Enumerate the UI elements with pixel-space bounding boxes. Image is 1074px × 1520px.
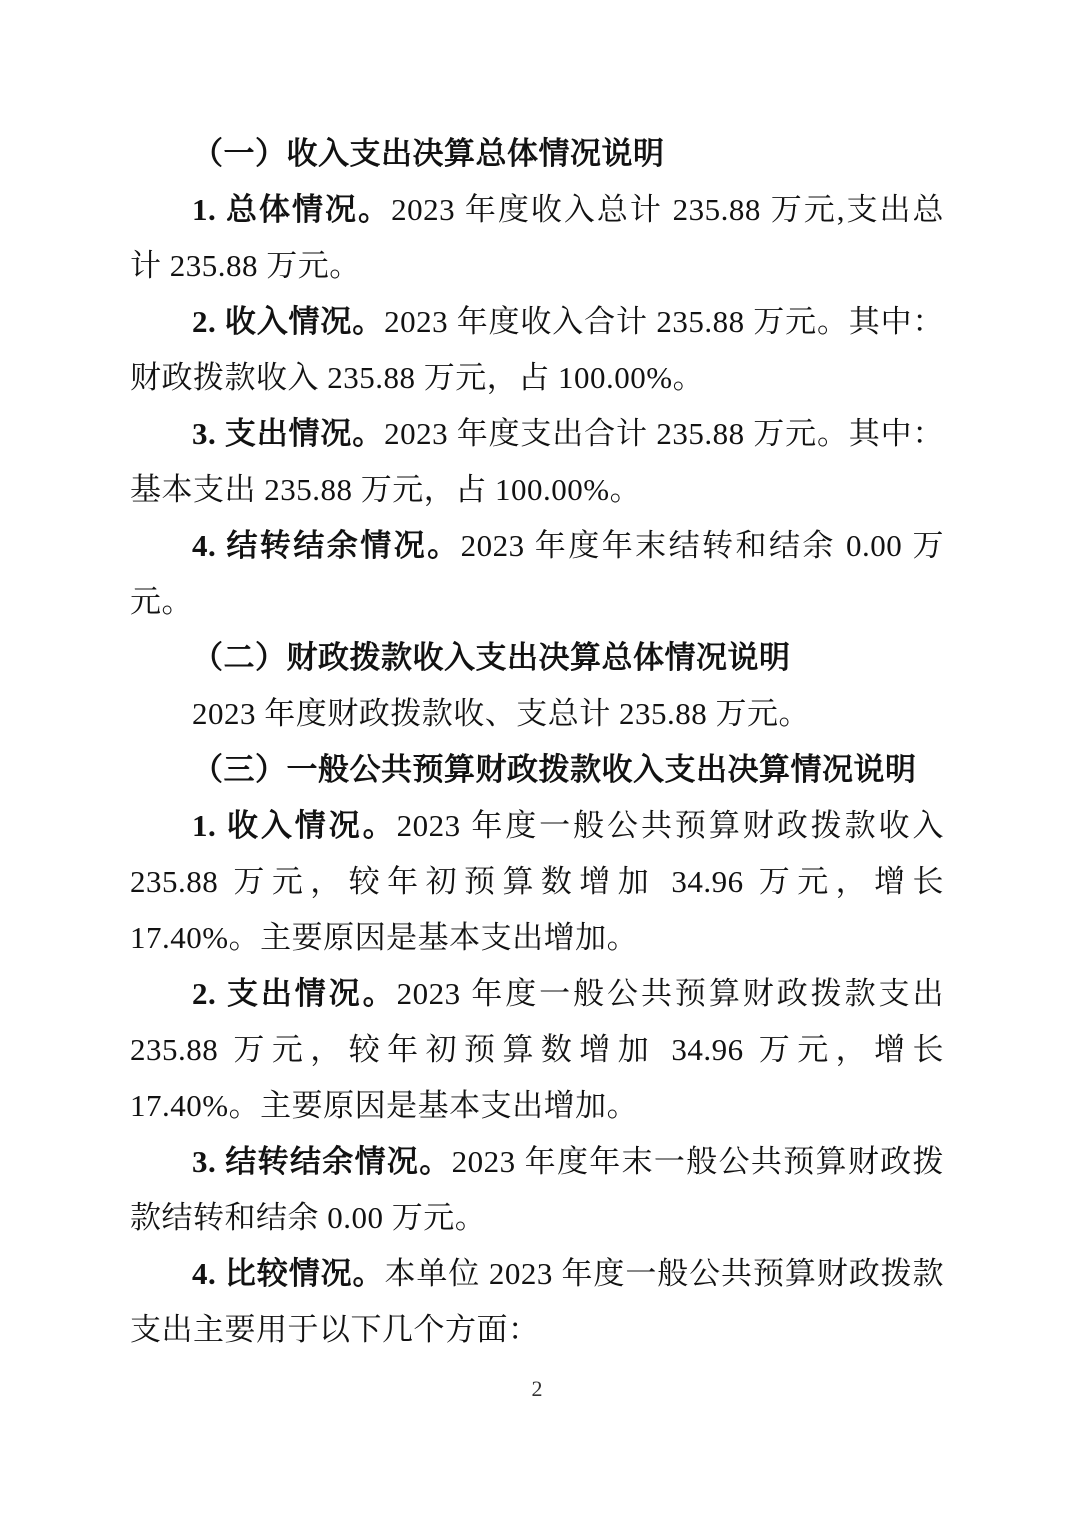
para-comparison-label: 4. 比较情况。 bbox=[192, 1256, 384, 1291]
document-body: （一）收入支出决算总体情况说明 1. 总体情况。2023 年度收入总计 235.… bbox=[130, 126, 944, 1358]
para-expenditure-overview-label: 3. 支出情况。 bbox=[192, 416, 384, 451]
para-carryover-overview: 4. 结转结余情况。2023 年度年末结转和结余 0.00 万元。 bbox=[130, 518, 944, 630]
para-income-overview: 2. 收入情况。2023 年度收入合计 235.88 万元。其中：财政拨款收入 … bbox=[130, 294, 944, 406]
para-carryover-overview-label: 4. 结转结余情况。 bbox=[192, 528, 461, 563]
document-page: （一）收入支出决算总体情况说明 1. 总体情况。2023 年度收入总计 235.… bbox=[0, 0, 1074, 1520]
para-income-overview-label: 2. 收入情况。 bbox=[192, 304, 384, 339]
para-budget-expenditure: 2. 支出情况。2023 年度一般公共预算财政拨款支出 235.88 万元，较年… bbox=[130, 966, 944, 1134]
section-heading-3: （三）一般公共预算财政拨款收入支出决算情况说明 bbox=[130, 742, 944, 798]
para-budget-expenditure-label: 2. 支出情况。 bbox=[192, 976, 397, 1011]
section-heading-1: （一）收入支出决算总体情况说明 bbox=[130, 126, 944, 182]
para-fiscal-appropriation-total-text: 2023 年度财政拨款收、支总计 235.88 万元。 bbox=[192, 696, 810, 731]
para-fiscal-appropriation-total: 2023 年度财政拨款收、支总计 235.88 万元。 bbox=[130, 686, 944, 742]
para-expenditure-overview: 3. 支出情况。2023 年度支出合计 235.88 万元。其中：基本支出 23… bbox=[130, 406, 944, 518]
para-budget-income: 1. 收入情况。2023 年度一般公共预算财政拨款收入 235.88 万元，较年… bbox=[130, 798, 944, 966]
section-heading-2: （二）财政拨款收入支出决算总体情况说明 bbox=[130, 630, 944, 686]
para-budget-carryover: 3. 结转结余情况。2023 年度年末一般公共预算财政拨款结转和结余 0.00 … bbox=[130, 1134, 944, 1246]
page-number: 2 bbox=[0, 1374, 1074, 1404]
para-total-overview: 1. 总体情况。2023 年度收入总计 235.88 万元,支出总计 235.8… bbox=[130, 182, 944, 294]
para-budget-carryover-label: 3. 结转结余情况。 bbox=[192, 1144, 452, 1179]
para-total-overview-label: 1. 总体情况。 bbox=[192, 192, 391, 227]
para-comparison: 4. 比较情况。本单位 2023 年度一般公共预算财政拨款支出主要用于以下几个方… bbox=[130, 1246, 944, 1358]
para-budget-income-label: 1. 收入情况。 bbox=[192, 808, 397, 843]
